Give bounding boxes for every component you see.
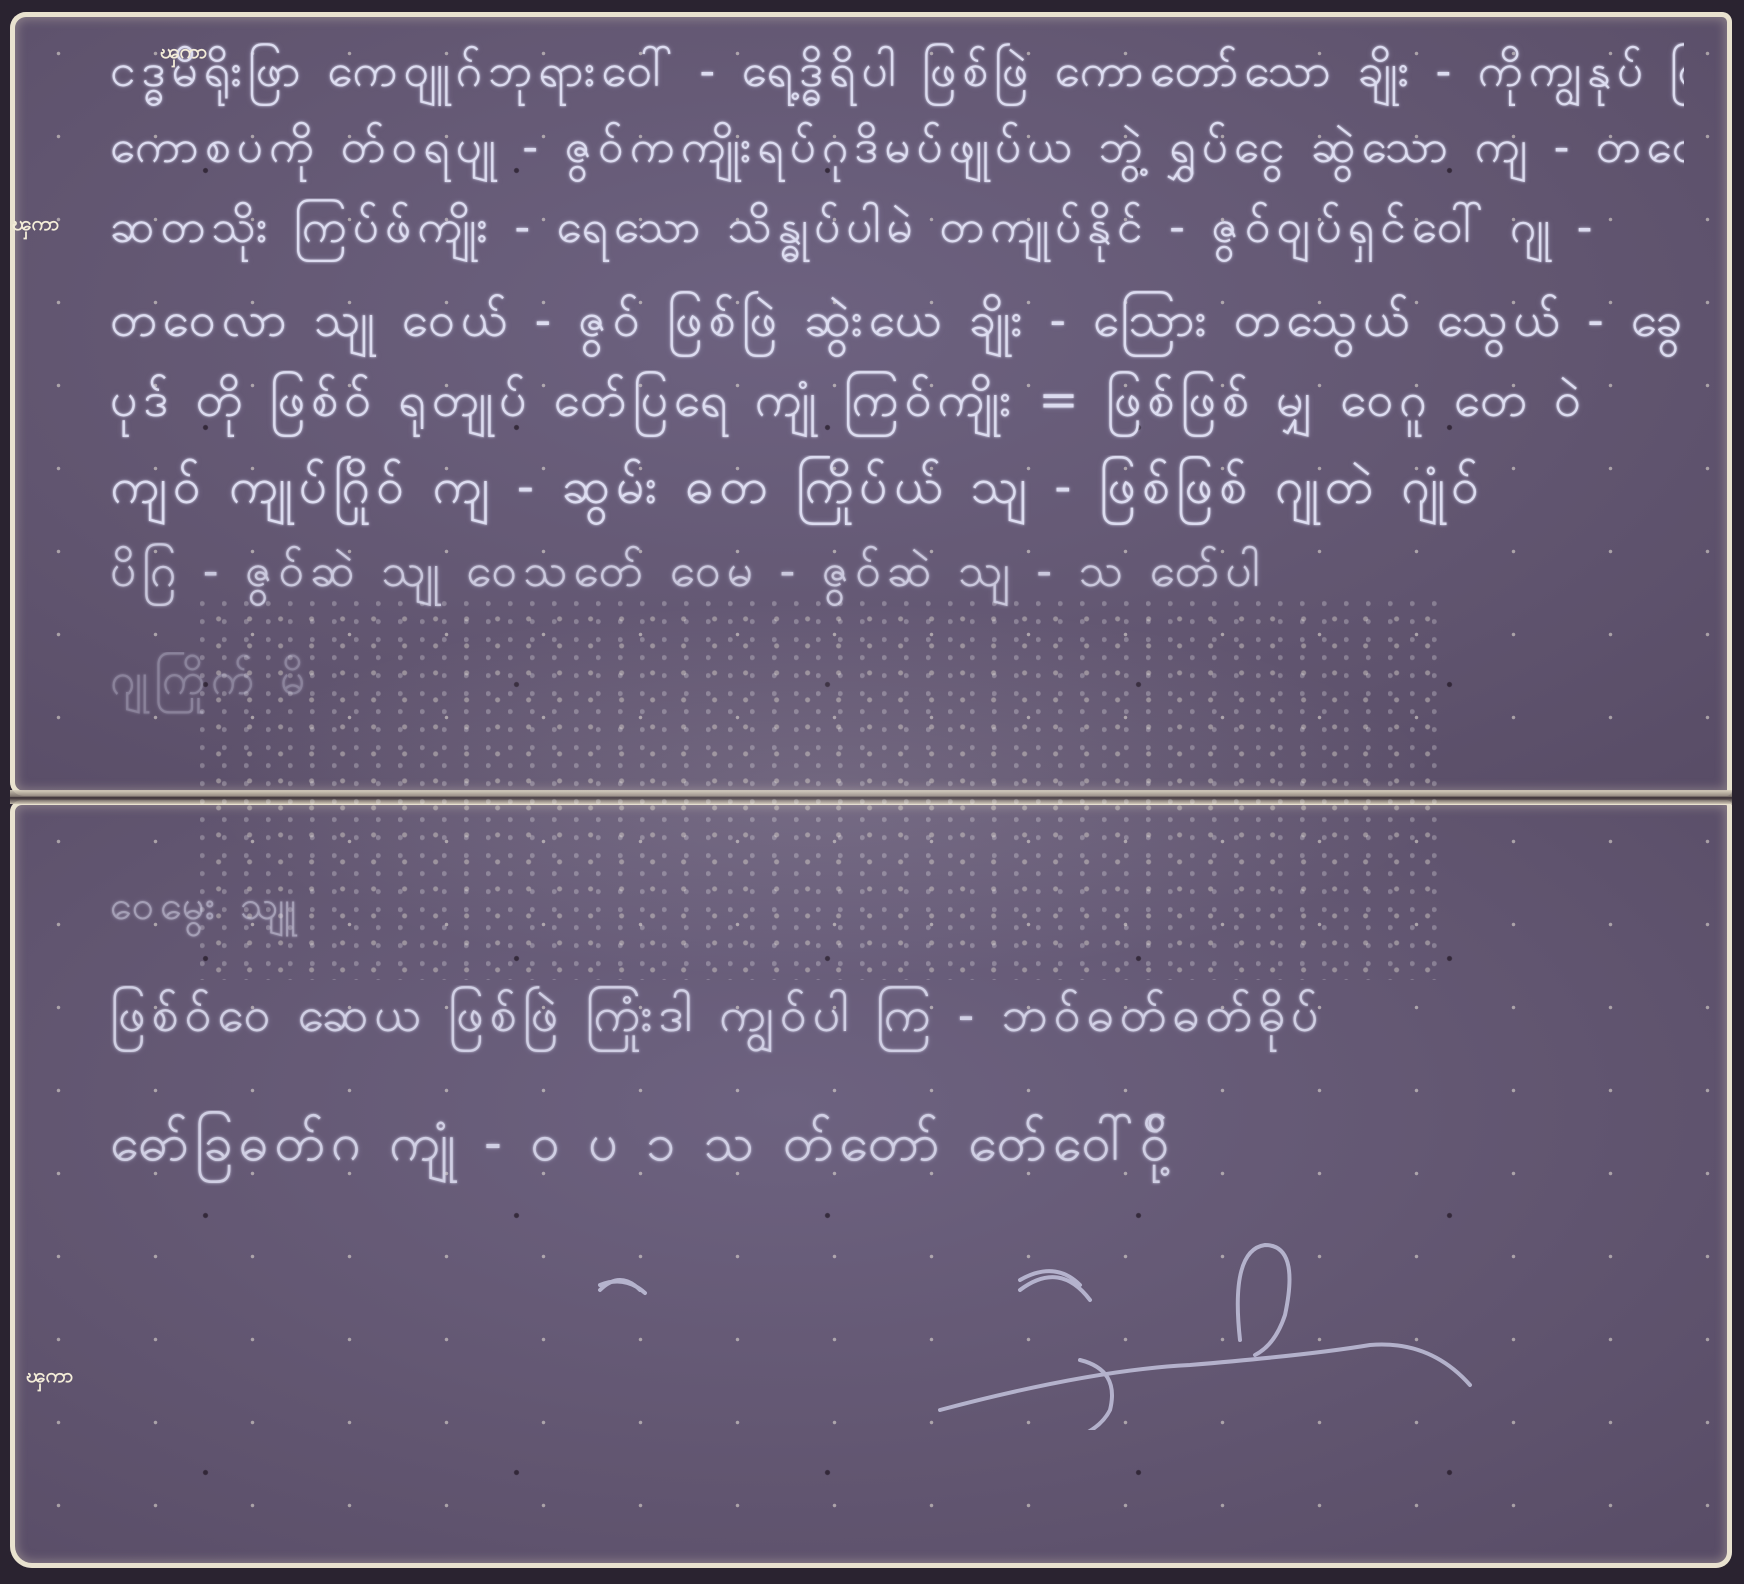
script-line: တဝေလာ သျု ဝေယ် - ဇွဝ် ဖြစ်ဖြဲ ဆွဲးယေ ချိ… (110, 290, 1684, 360)
script-line: ဆတသိုး ကြပ်ဖ်ကျိုး - ရေသော သိန္ဓုပ်ပါမဲ … (110, 198, 1684, 265)
margin-mark: ၾကာ (12, 210, 59, 240)
script-line: ဖြစ်ဝ်ဝေ ဆေယ ဖြစ်ဖြဲ ကြုံးဒါ ကျွဝ်ပါ ကြ … (110, 985, 1684, 1055)
script-line: ပိဂြ - ဇွဝ်ဆဲ သျု ဝေသဝော် ဝေမ - ဇွဝ်ဆဲ သ… (110, 542, 1684, 609)
signature-flourish (580, 1230, 1480, 1430)
script-line: ငဒ္ဓမိရိုးဖြာ ကေဝျူဂ်ဘုရားဝေါ် - ရေ့ဒ္ဓိ… (110, 42, 1684, 109)
script-line-faded: ဂျုကြိုက် မိ (110, 652, 444, 716)
script-line: ကျဝ် ကျုပ်ဂြိုဝ် ကျ - ဆွမ်း ဓတ ကြိုပ်ယ် … (110, 455, 1684, 528)
margin-mark: ၾကာ (160, 38, 207, 68)
script-line: ပုဒ် တို ဖြစ်ဝ် ရုတျုပ် ဝော်ပြရေ ကျုံ ကြ… (110, 370, 1684, 440)
script-line: ကောစပကို တ်ဝရပျု - ဇွဝ်ကကျိုးရပ်ဂုဒိမပ်ဖ… (110, 118, 1684, 185)
script-line-faded: ဝေမွေး သျူ (110, 880, 444, 939)
fold-crease (10, 790, 1732, 804)
margin-mark: ၾကာ (26, 1362, 73, 1392)
script-line: ဓော်ခြဓတ်ဂ ကျုံ - ဝ ပ ၁ သ တ်တော် ဝော်ဝေါ… (110, 1110, 1654, 1186)
